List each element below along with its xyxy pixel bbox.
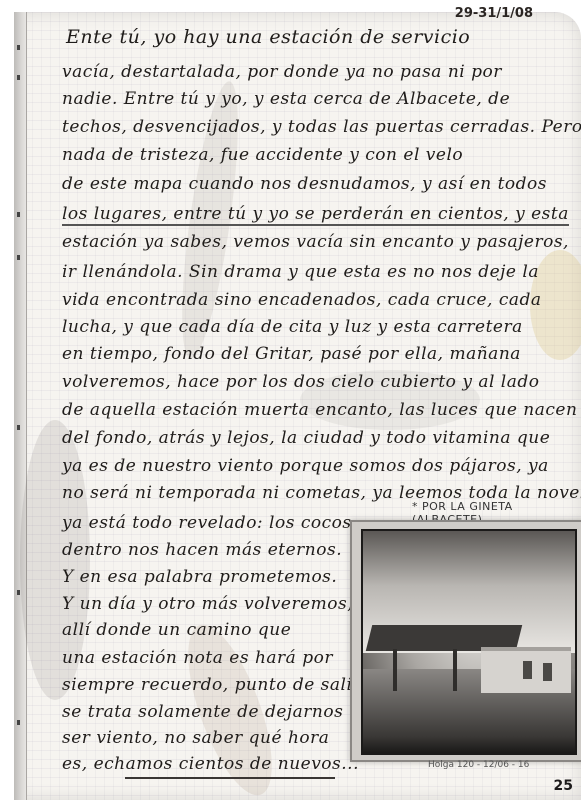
building-door xyxy=(543,663,552,681)
binding-mark xyxy=(17,590,20,595)
photo-credit: Holga 120 - 12/06 - 16 xyxy=(428,760,529,770)
text-line: en tiempo, fondo del Gritar, pasé por el… xyxy=(62,344,521,364)
notebook-spine xyxy=(14,12,27,800)
binding-mark xyxy=(17,255,20,260)
text-line: ya es de nuestro viento porque somos dos… xyxy=(62,456,549,476)
building-window xyxy=(523,661,532,679)
text-line: lucha, y que cada día de cita y luz y es… xyxy=(62,317,523,337)
text-line-underlined: los lugares, entre tú y yo se perderán e… xyxy=(62,204,569,226)
station-building xyxy=(481,647,571,693)
text-line: ir llenándola. Sin drama y que esta es n… xyxy=(62,262,539,282)
canopy-post xyxy=(393,649,397,691)
text-line: Y en esa palabra prometemos. xyxy=(62,567,337,587)
binding-mark xyxy=(17,75,20,80)
page-number: 25 xyxy=(554,778,573,794)
text-line: es, echamos cientos de nuevos... xyxy=(62,754,359,774)
text-line: Ente tú, yo hay una estación de servicio xyxy=(66,26,470,48)
binding-mark xyxy=(17,45,20,50)
closing-underline xyxy=(125,777,335,779)
text-line: volveremos, hace por los dos cielo cubie… xyxy=(62,372,540,392)
gas-station-photo xyxy=(361,529,577,755)
binding-mark xyxy=(17,720,20,725)
text-line: techos, desvencijados, y todas las puert… xyxy=(62,117,581,137)
binding-mark xyxy=(17,425,20,430)
text-line: una estación nota es hará por xyxy=(62,648,333,668)
text-line: del fondo, atrás y lejos, la ciudad y to… xyxy=(62,428,550,448)
text-line: Y un día y otro más volveremos, xyxy=(62,594,353,614)
text-line: vida encontrada sino encadenados, cada c… xyxy=(62,290,542,310)
text-line: de aquella estación muerta encanto, las … xyxy=(62,400,577,420)
text-line: vacía, destartalada, por donde ya no pas… xyxy=(62,62,502,82)
text-line: de este mapa cuando nos desnudamos, y as… xyxy=(62,174,547,194)
text-line: estación ya sabes, vemos vacía sin encan… xyxy=(62,232,569,252)
photo-frame xyxy=(350,520,581,762)
entry-date: 29-31/1/08 xyxy=(455,6,533,21)
text-line: siempre recuerdo, punto de salida, xyxy=(62,675,380,695)
text-line: allí donde un camino que xyxy=(62,620,291,640)
binding-mark xyxy=(17,212,20,217)
canopy-post xyxy=(453,649,457,691)
text-line: nadie. Entre tú y yo, y esta cerca de Al… xyxy=(62,89,510,109)
text-line: se trata solamente de dejarnos xyxy=(62,702,343,722)
text-line: dentro nos hacen más eternos. xyxy=(62,540,342,560)
text-line: ser viento, no saber qué hora xyxy=(62,728,329,748)
text-line: nada de tristeza, fue accidente y con el… xyxy=(62,145,463,165)
text-line: ya está todo revelado: los cocos xyxy=(62,513,352,533)
